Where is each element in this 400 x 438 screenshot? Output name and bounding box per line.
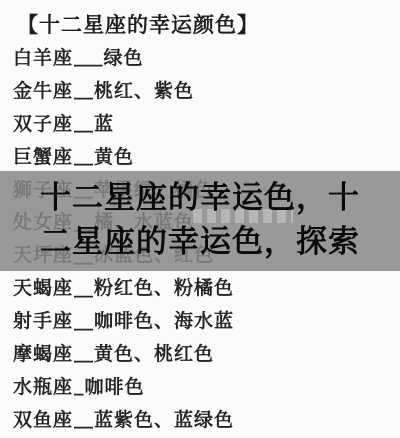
zodiac-sign: 射手座: [13, 306, 73, 333]
underline-separator: __: [74, 309, 93, 331]
zodiac-colors: 粉红色、粉橘色: [94, 273, 234, 300]
zodiac-row-aquarius: 水瓶座_咖啡色: [13, 369, 400, 402]
zodiac-sign: 天蝎座: [13, 273, 73, 300]
zodiac-colors: 蓝紫色、蓝绿色: [94, 405, 234, 432]
zodiac-colors: 桃红、紫色: [94, 76, 194, 103]
underline-separator: __: [74, 407, 93, 429]
zodiac-row-pisces: 双鱼座__蓝紫色、蓝绿色: [13, 402, 400, 435]
zodiac-colors: 咖啡色、海水蓝: [94, 306, 234, 333]
underline-separator: __: [74, 111, 93, 133]
zodiac-sign: 双鱼座: [13, 405, 73, 432]
headline-line-2: 二星座的幸运色，探索: [0, 220, 400, 264]
zodiac-row-aries: 白羊座___绿色: [13, 40, 400, 73]
headline-text: 十二星座的幸运色，十 二星座的幸运色，探索: [0, 176, 400, 264]
zodiac-row-sagittarius: 射手座__咖啡色、海水蓝: [13, 303, 400, 336]
zodiac-sign: 巨蟹座: [13, 142, 73, 169]
zodiac-colors: 绿色: [104, 43, 144, 70]
gray-headline-band: 十二星座的幸运色，十 二星座的幸运色，探索: [0, 171, 400, 271]
zodiac-sign: 双子座: [13, 109, 73, 136]
underline-separator: __: [74, 144, 93, 166]
zodiac-row-scorpio: 天蝎座__粉红色、粉橘色: [13, 270, 400, 303]
underline-separator: ___: [74, 45, 103, 67]
zodiac-sign: 摩蝎座: [13, 339, 73, 366]
zodiac-sign: 金牛座: [13, 76, 73, 103]
zodiac-sign: 水瓶座: [13, 372, 73, 399]
zodiac-row-cancer: 巨蟹座__黄色: [13, 139, 400, 172]
underline-separator: _: [74, 374, 84, 396]
zodiac-colors: 咖啡色: [85, 372, 145, 399]
underline-separator: __: [74, 276, 93, 298]
zodiac-colors: 黄色: [94, 142, 134, 169]
zodiac-colors: 黄色、桃红色: [94, 339, 214, 366]
zodiac-row-capricorn: 摩蝎座__黄色、桃红色: [13, 336, 400, 369]
zodiac-colors: 蓝: [94, 109, 114, 136]
zodiac-row-gemini: 双子座__蓝: [13, 106, 400, 139]
underline-separator: __: [74, 341, 93, 363]
page-title: 【十二星座的幸运颜色】: [17, 9, 259, 39]
headline-line-1: 十二星座的幸运色，十: [0, 176, 400, 220]
underline-separator: __: [74, 78, 93, 100]
zodiac-sign: 白羊座: [13, 43, 73, 70]
zodiac-row-taurus: 金牛座__桃红、紫色: [13, 73, 400, 106]
